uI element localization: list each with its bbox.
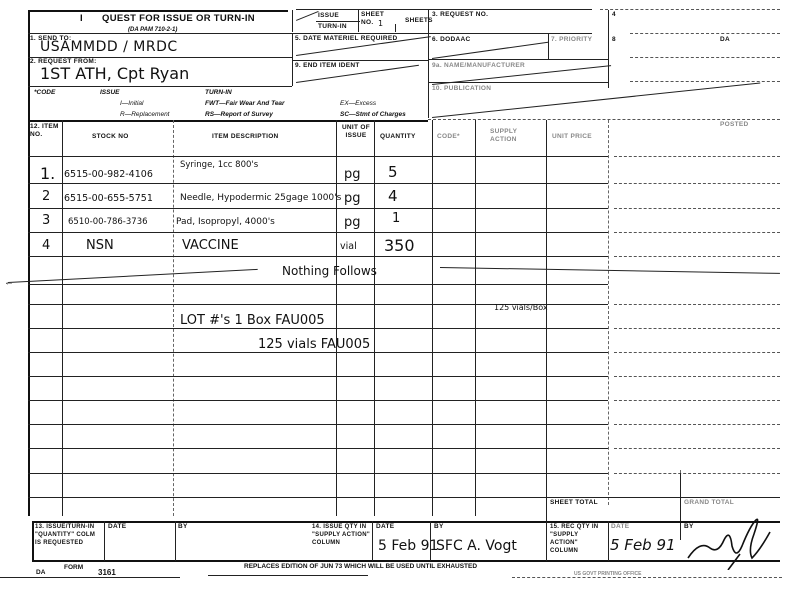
publication-label: 10. PUBLICATION [432, 85, 491, 92]
row-line [28, 376, 608, 377]
row-line-right [614, 376, 780, 377]
footer-top [32, 521, 780, 523]
box15-date-value[interactable]: 5 Feb 91 [610, 536, 676, 554]
vials-per-box-note: 125 vials/Box [494, 303, 548, 312]
item-no: 4 [42, 238, 50, 253]
item-no: 2 [42, 189, 50, 204]
dodaac-slash [432, 42, 549, 59]
row-line-right [614, 352, 780, 353]
divider [292, 10, 293, 32]
row-line [28, 400, 608, 401]
item-description: Pad, Isopropyl, 4000's [176, 217, 275, 227]
nothing-follows-line [8, 269, 258, 283]
send-to-value[interactable]: USAMMDD / MRDC [40, 39, 178, 55]
code-ex: EX—Excess [340, 100, 376, 107]
divider [546, 521, 547, 561]
issue-checkbox-label[interactable]: ISSUE [318, 12, 339, 19]
replaces-text: REPLACES EDITION OF JUN 73 WHICH WILL BE… [244, 563, 477, 570]
row-line-right [614, 208, 780, 209]
divider [28, 86, 292, 87]
top-border-right [600, 9, 780, 10]
footer-bottom [32, 560, 780, 562]
row-line [28, 424, 608, 425]
top-border-mid [296, 9, 592, 10]
manufacturer-label: 9a. NAME/MANUFACTURER [432, 62, 525, 69]
footer-underline [512, 577, 782, 578]
divider [292, 33, 592, 34]
row-line-right [614, 183, 780, 184]
code-initial: I—Initial [120, 100, 143, 107]
code-sc: SC—Stmt of Charges [340, 111, 406, 118]
divider [630, 33, 780, 34]
box13-label: 13. ISSUE/TURN-IN "QUANTITY" COLM IS REQ… [35, 523, 103, 547]
code-label: *CODE [34, 89, 55, 96]
request-no-label: 3. REQUEST NO. [432, 11, 488, 18]
nothing-follows-line-right [440, 267, 780, 274]
unit-of-issue: pg [344, 167, 361, 182]
priority-label: 7. PRIORITY [551, 36, 592, 43]
box8-right: DA [720, 36, 730, 43]
col-line-price [608, 120, 609, 505]
row-line-right [614, 473, 780, 474]
col-line-item [62, 120, 63, 516]
row-line [28, 232, 608, 233]
date-required-label: 5. DATE MATERIEL REQUIRED [295, 35, 397, 42]
form-id-label: FORM [64, 564, 83, 571]
turnin-checkbox-label[interactable]: TURN-IN [318, 23, 347, 30]
table-top-border [28, 120, 428, 122]
item-description: Syringe, 1cc 800's [180, 160, 280, 170]
signature-icon[interactable] [680, 510, 780, 570]
row-line [28, 497, 780, 498]
row-line-right [614, 328, 780, 329]
box4-label: 4 [612, 11, 616, 18]
row-line [28, 473, 608, 474]
box14-label: 14. ISSUE QTY IN "SUPPLY ACTION" COLUMN [312, 523, 372, 547]
lot-note-line1: LOT #'s 1 Box FAU005 [180, 313, 325, 328]
item-no: 1. [40, 164, 55, 183]
quantity: 4 [388, 187, 398, 205]
header-unit-price: UNIT PRICE [552, 133, 592, 140]
col-line-unit [374, 120, 375, 516]
row-line [28, 208, 608, 209]
item-description: VACCINE [182, 238, 239, 253]
issue-heading: ISSUE [100, 89, 120, 96]
box15-label: 15. REC QTY IN "SUPPLY ACTION" COLUMN [550, 523, 606, 555]
unit-of-issue: pg [344, 215, 361, 230]
box13-by-label: BY [178, 523, 188, 530]
stock-no: 6510-00-786-3736 [68, 217, 148, 227]
divider [630, 57, 780, 58]
header-stock-no: STOCK NO [92, 133, 129, 140]
row-line-right [614, 448, 780, 449]
box14-date-value[interactable]: 5 Feb 91 [378, 538, 438, 554]
form-title-prefix: I [80, 13, 83, 24]
posted-label: POSTED [720, 121, 749, 128]
table-top-border-right [428, 119, 780, 120]
code-rs: RS—Report of Survey [205, 111, 273, 118]
row-line [28, 352, 608, 353]
quantity: 5 [388, 163, 398, 181]
box14-by-value[interactable]: SFC A. Vogt [436, 538, 517, 554]
divider [104, 521, 105, 561]
dodaac-label: 6. DODAAC [432, 36, 470, 43]
row-line-right [614, 400, 780, 401]
header-unit: UNIT OF ISSUE [339, 124, 373, 140]
nothing-follows-text: Nothing Follows [282, 264, 377, 278]
footer-underline [208, 575, 368, 576]
row-line-right [614, 232, 780, 233]
stock-no: NSN [86, 238, 114, 253]
stock-no: 6515-00-982-4106 [64, 169, 153, 180]
arrow-left-icon: ← [4, 278, 14, 288]
code-replacement: R—Replacement [120, 111, 170, 118]
turnin-heading: TURN-IN [205, 89, 232, 96]
header-description: ITEM DESCRIPTION [212, 133, 279, 140]
form-title: QUEST FOR ISSUE OR TURN-IN [102, 13, 255, 24]
stock-no: 6515-00-655-5751 [64, 193, 153, 204]
header-item-no: 12. ITEM NO. [30, 123, 60, 139]
row-line [28, 183, 608, 184]
divider [608, 521, 609, 561]
row-line [28, 448, 608, 449]
form-number: 3161 [98, 568, 116, 577]
col-line-desc [336, 120, 337, 516]
box14-by-label: BY [434, 523, 444, 530]
request-from-value[interactable]: 1ST ATH, Cpt Ryan [40, 64, 189, 83]
quantity: 350 [384, 236, 415, 255]
item-no: 3 [42, 213, 50, 228]
col-line-code [475, 120, 476, 516]
unit-of-issue: pg [344, 191, 361, 206]
divider [428, 82, 608, 83]
unit-of-issue: vial [340, 241, 357, 252]
divider [608, 10, 609, 88]
divider [428, 59, 608, 60]
end-item-label: 9. END ITEM IDENT [295, 62, 360, 69]
grand-total-label: GRAND TOTAL [684, 499, 734, 506]
row-line-right [614, 256, 780, 257]
form-id-prefix: DA [36, 569, 45, 576]
header-quantity: QUANTITY [380, 133, 416, 140]
box15-date-label: DATE [611, 523, 629, 530]
box13-date-label: DATE [108, 523, 126, 530]
divider [428, 10, 429, 118]
divider [358, 10, 359, 32]
row-line [28, 256, 608, 257]
row-line [28, 328, 608, 329]
divider [316, 21, 360, 22]
top-border [28, 10, 288, 12]
header-divider [28, 156, 608, 157]
divider [292, 60, 428, 61]
divider [372, 521, 373, 561]
footer-underline [0, 577, 180, 578]
col-line-stock [173, 120, 174, 516]
header-code: CODE* [437, 133, 460, 140]
box8-label: 8 [612, 36, 616, 43]
row-line-right [614, 304, 780, 305]
divider [28, 33, 292, 34]
lot-note-line2: 125 vials FAU005 [258, 337, 370, 352]
row-line-right [614, 424, 780, 425]
divider [548, 33, 549, 59]
divider [175, 521, 176, 561]
quantity: 1 [392, 211, 400, 226]
issue-slash [296, 11, 319, 21]
box13-left [32, 521, 34, 561]
header-supply-action: SUPPLY ACTION [490, 128, 538, 144]
col-line-qty [432, 120, 433, 516]
row-line-right [614, 156, 780, 157]
sheet-no-value: 1 [378, 19, 383, 28]
code-fwt: FWT—Fair Wear And Tear [205, 100, 285, 107]
divider [395, 24, 396, 32]
item-description: Needle, Hypodermic 25gage 1000's [180, 193, 341, 203]
row-line [28, 284, 608, 285]
box14-date-label: DATE [376, 523, 394, 530]
sheet-total-label: SHEET TOTAL [550, 499, 598, 506]
